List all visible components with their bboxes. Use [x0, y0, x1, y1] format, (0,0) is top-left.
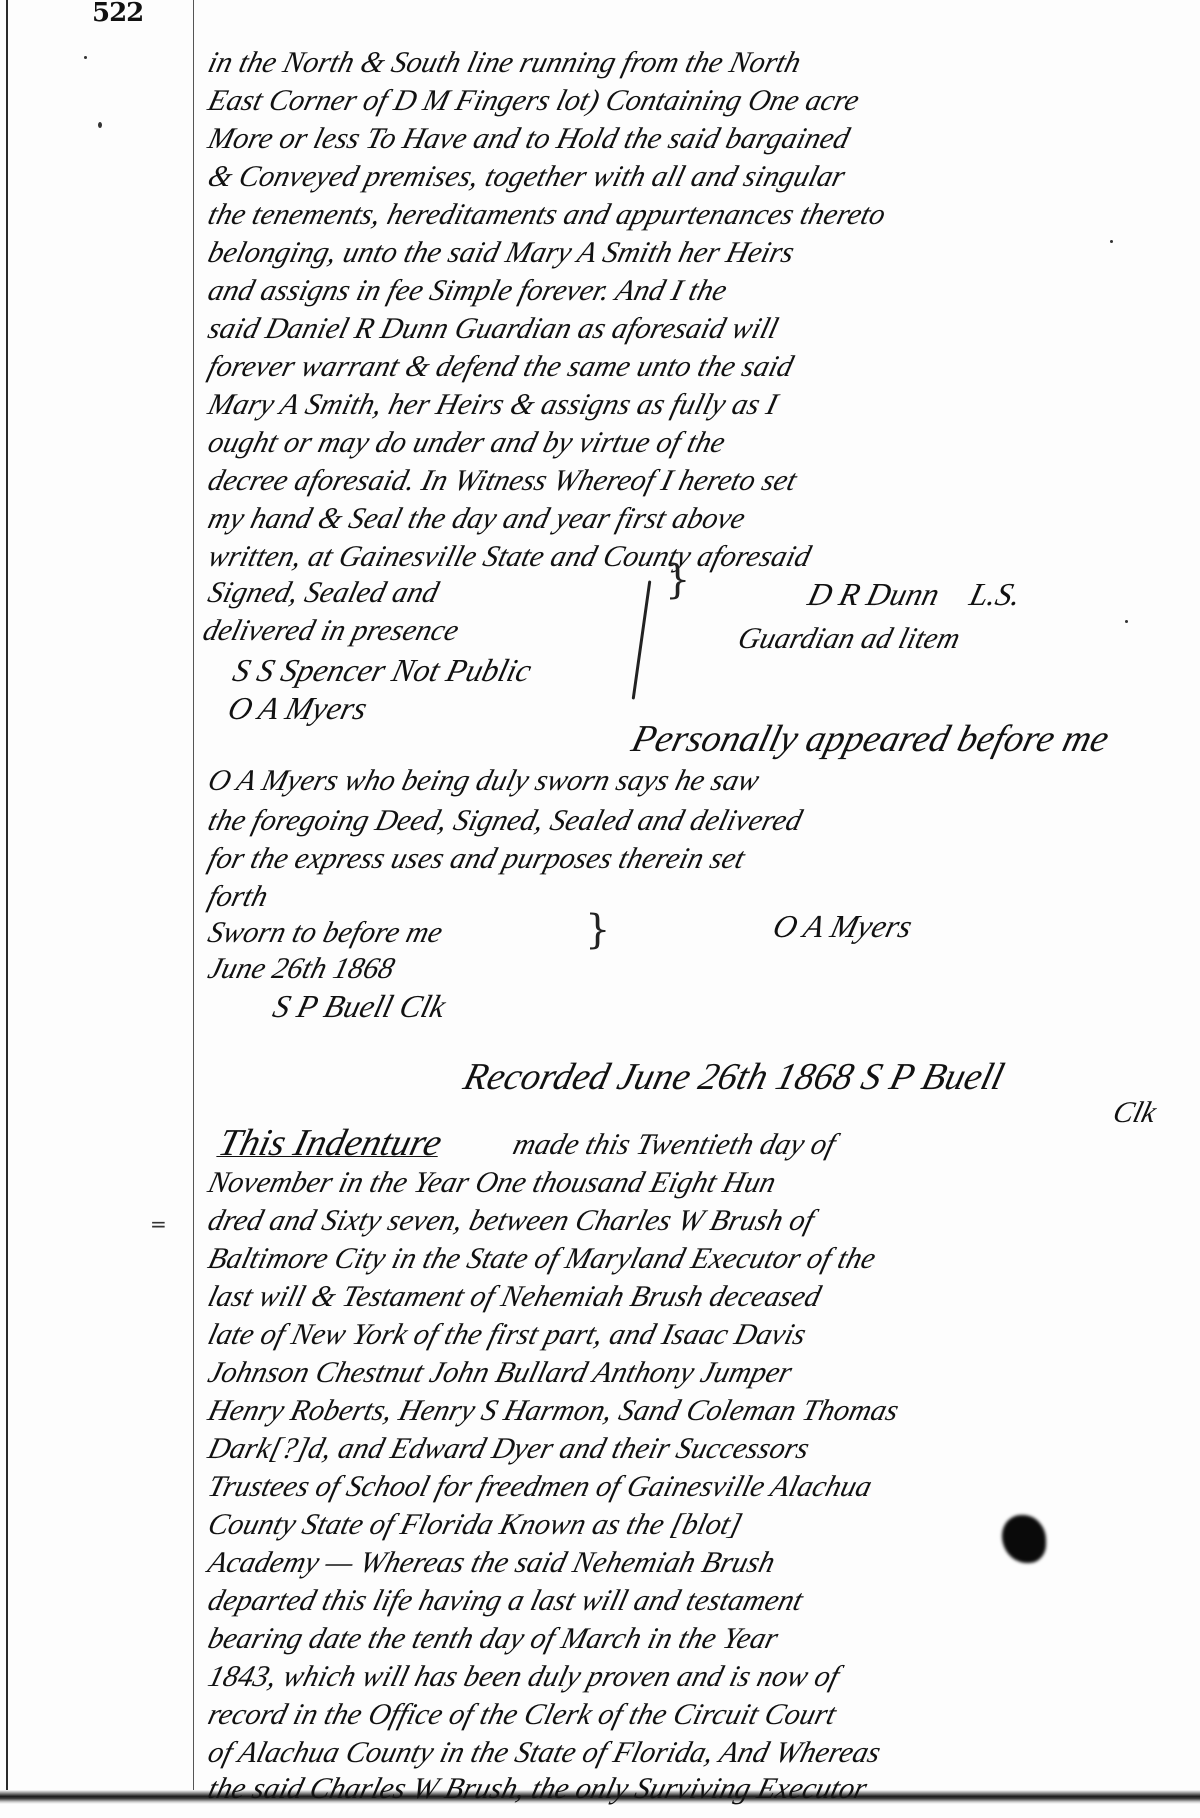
- record-book-page: 522 in the North & South line running fr…: [0, 0, 1200, 1818]
- deed-line: East Corner of D M Fingers lot) Containi…: [205, 86, 862, 116]
- grantor-name: D R Dunn: [805, 576, 944, 612]
- deed-line: decree aforesaid. In Witness Whereof I h…: [205, 466, 800, 496]
- affidavit-line: O A Myers who being duly sworn says he s…: [205, 766, 762, 796]
- affidavit-line: the foregoing Deed, Signed, Sealed and d…: [205, 806, 805, 836]
- attestation-line: Signed, Sealed and: [205, 578, 442, 608]
- indenture-line: Baltimore City in the State of Maryland …: [205, 1244, 879, 1274]
- indenture-line: dred and Sixty seven, between Charles W …: [205, 1206, 817, 1236]
- indenture-line: late of New York of the first part, and …: [205, 1320, 809, 1350]
- witness-signature: O A Myers: [225, 692, 370, 724]
- ink-speck: [1125, 620, 1128, 623]
- affidavit-line: for the express uses and purposes therei…: [205, 844, 748, 874]
- indenture-line: 1843, which will has been duly proven an…: [205, 1662, 842, 1692]
- witness-signature: S S Spencer Not Public: [230, 654, 535, 686]
- ink-speck: [84, 56, 87, 59]
- deed-line: in the North & South line running from t…: [205, 48, 804, 78]
- affiant-signature: O A Myers: [770, 910, 915, 942]
- deed-line: my hand & Seal the day and year first ab…: [205, 504, 748, 534]
- seal-mark: L.S.: [966, 576, 1025, 612]
- deed-line: forever warrant & defend the same unto t…: [205, 352, 796, 382]
- grantor-signature: D R Dunn L.S.: [805, 578, 1025, 610]
- indenture-line: Dark[?]d, and Edward Dyer and their Succ…: [205, 1434, 812, 1464]
- indenture-line: Johnson Chestnut John Bullard Anthony Ju…: [205, 1358, 795, 1388]
- deed-line: More or less To Have and to Hold the sai…: [205, 124, 852, 154]
- deed-line: & Conveyed premises, together with all a…: [205, 162, 848, 192]
- indenture-line: made this Twentieth day of: [510, 1130, 839, 1160]
- margin-rule: [193, 0, 194, 1790]
- deed-line: Mary A Smith, her Heirs & assigns as ful…: [205, 390, 781, 420]
- margin-equals-mark: =: [150, 1212, 167, 1236]
- indenture-line: Henry Roberts, Henry S Harmon, Sand Cole…: [205, 1396, 902, 1426]
- affidavit-line: Personally appeared before me: [628, 720, 1113, 758]
- recorded-clerk-suffix: Clk: [1110, 1098, 1159, 1128]
- indenture-line: Academy — Whereas the said Nehemiah Brus…: [205, 1548, 778, 1578]
- indenture-line: of Alachua County in the State of Florid…: [205, 1738, 884, 1768]
- page-left-edge: [6, 0, 8, 1790]
- indenture-line: departed this life having a last will an…: [205, 1586, 806, 1616]
- indenture-heading: This Indenture: [215, 1124, 446, 1162]
- deed-line: said Daniel R Dunn Guardian as aforesaid…: [205, 314, 781, 344]
- indenture-line: last will & Testament of Nehemiah Brush …: [205, 1282, 824, 1312]
- grantor-title: Guardian ad litem: [735, 624, 963, 654]
- brace-flourish: }: [665, 560, 690, 600]
- jurat-line: Sworn to before me: [205, 918, 446, 948]
- deed-line: ought or may do under and by virtue of t…: [205, 428, 728, 458]
- indenture-line: bearing date the tenth day of March in t…: [205, 1624, 781, 1654]
- deed-line: the tenements, hereditaments and appurte…: [205, 200, 888, 230]
- indenture-line: County State of Florida Known as the [bl…: [205, 1510, 745, 1540]
- ink-speck: [1110, 240, 1113, 243]
- deed-line: written, at Gainesville State and County…: [205, 542, 814, 572]
- indenture-line: Trustees of School for freedmen of Gaine…: [205, 1472, 875, 1502]
- indenture-line: the said Charles W Brush, the only Survi…: [205, 1774, 870, 1804]
- pen-flourish: [632, 580, 652, 699]
- recorded-line: Recorded June 26th 1868 S P Buell: [460, 1058, 1008, 1096]
- deed-line: and assigns in fee Simple forever. And I…: [205, 276, 730, 306]
- ink-speck: [98, 122, 102, 128]
- brace-flourish: }: [585, 910, 610, 950]
- clerk-signature: S P Buell Clk: [270, 990, 449, 1022]
- jurat-date: June 26th 1868: [205, 954, 397, 984]
- attestation-line: delivered in presence: [200, 616, 462, 646]
- indenture-line: November in the Year One thousand Eight …: [205, 1168, 779, 1198]
- affidavit-line: forth: [205, 882, 271, 912]
- indenture-line: record in the Office of the Clerk of the…: [205, 1700, 839, 1730]
- ink-blot: [1002, 1515, 1046, 1563]
- deed-line: belonging, unto the said Mary A Smith he…: [205, 238, 797, 268]
- page-number: 522: [92, 0, 143, 28]
